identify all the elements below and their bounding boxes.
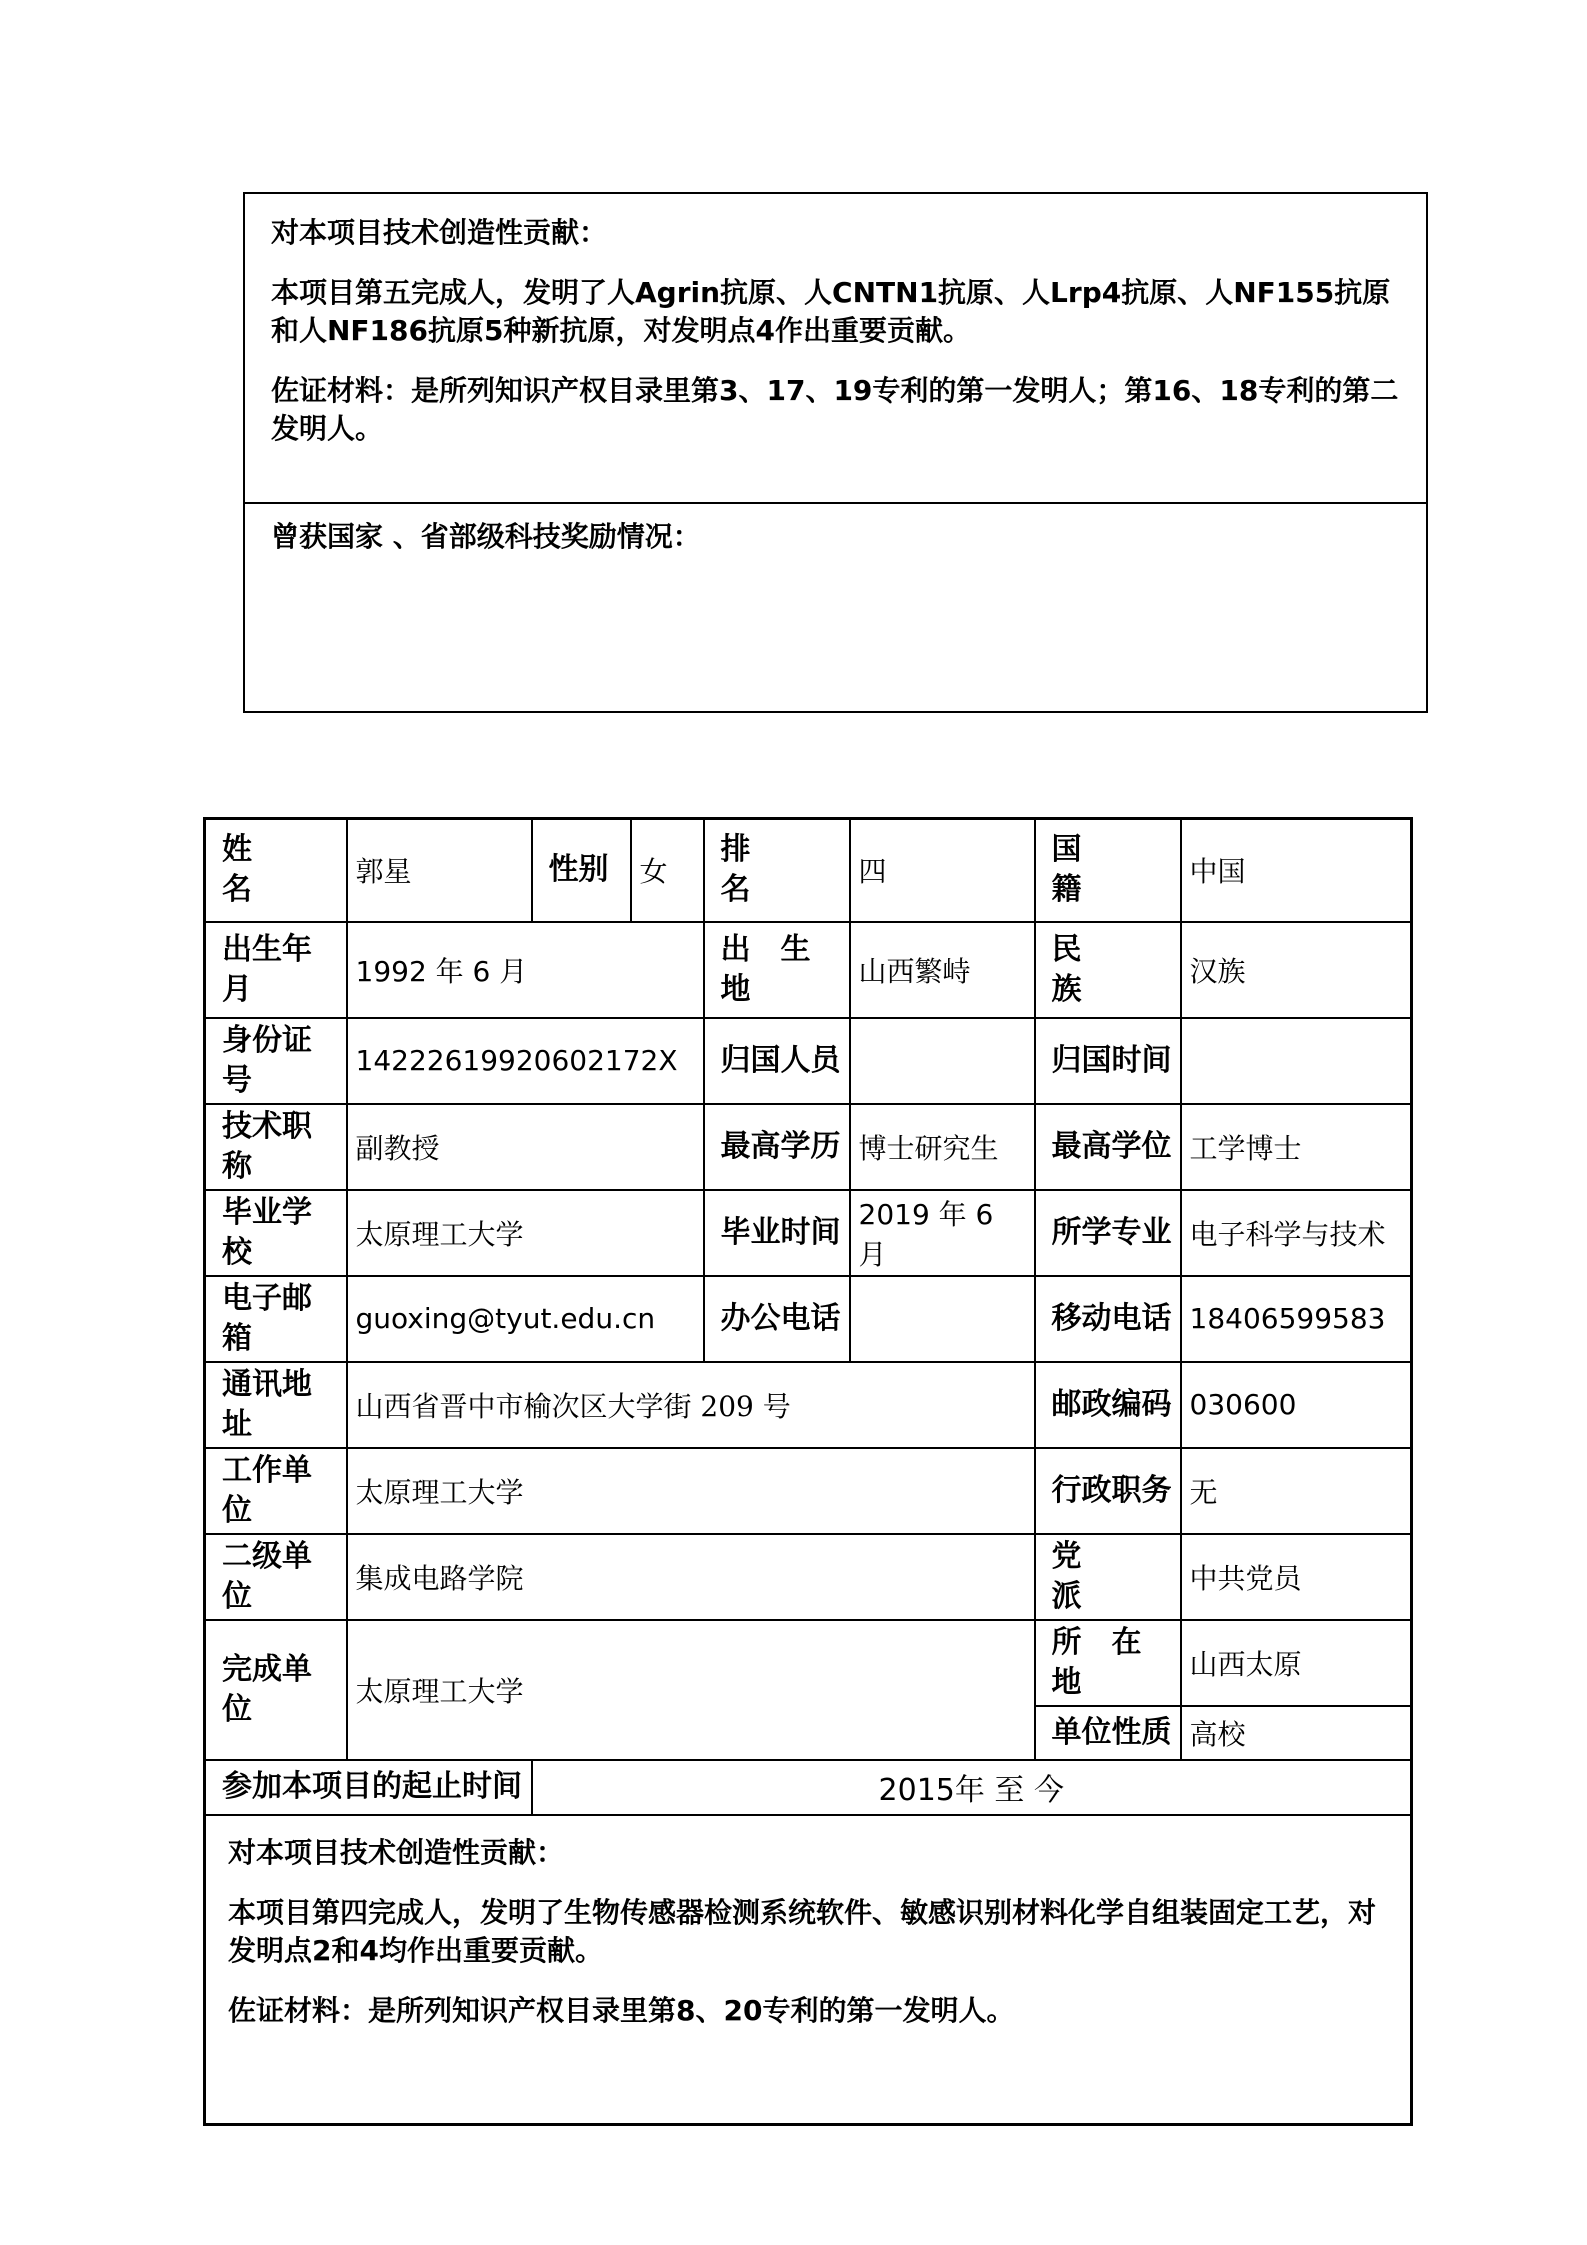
- contribution-awards-box: 对本项目技术创造性贡献： 本项目第五完成人，发明了人Agrin抗原、人CNTN1…: [243, 192, 1428, 713]
- table-row: 姓 名 郭星 性别 女 排 名 四 国 籍 中国: [205, 819, 1412, 922]
- name-label: 姓 名: [205, 819, 347, 922]
- grad-school-value: 太原理工大学: [347, 1190, 704, 1276]
- document-page: 对本项目技术创造性贡献： 本项目第五完成人，发明了人Agrin抗原、人CNTN1…: [0, 0, 1587, 2245]
- email-label: 电子邮箱: [205, 1276, 347, 1362]
- ethnic-value: 汉族: [1181, 922, 1412, 1018]
- awards-section: 曾获国家 、省部级科技奖励情况：: [245, 504, 1426, 570]
- table-row: 出生年月 1992 年 6 月 出 生 地 山西繁峙 民 族 汉族: [205, 922, 1412, 1018]
- table-contribution-cell: 对本项目技术创造性贡献： 本项目第四完成人，发明了生物传感器检测系统软件、敏感识…: [205, 1815, 1412, 2125]
- education-value: 博士研究生: [850, 1104, 1035, 1190]
- education-label: 最高学历: [704, 1104, 850, 1190]
- gender-value: 女: [631, 819, 704, 922]
- tech-title-value: 副教授: [347, 1104, 704, 1190]
- table-row: 完成单位 太原理工大学 所 在 地 山西太原: [205, 1620, 1412, 1706]
- birth-date-label: 出生年月: [205, 922, 347, 1018]
- unit-location-label: 所 在 地: [1035, 1620, 1181, 1706]
- rank-value: 四: [850, 819, 1035, 922]
- table-evidence-paragraph: 佐证材料：是所列知识产权目录里第8、20专利的第一发明人。: [228, 1992, 1388, 2030]
- table-row: 毕业学校 太原理工大学 毕业时间 2019 年 6 月 所学专业 电子科学与技术: [205, 1190, 1412, 1276]
- party-value: 中共党员: [1181, 1534, 1412, 1620]
- office-phone-label: 办公电话: [704, 1276, 850, 1362]
- contribution-section: 对本项目技术创造性贡献： 本项目第五完成人，发明了人Agrin抗原、人CNTN1…: [245, 194, 1426, 504]
- grad-time-label: 毕业时间: [704, 1190, 850, 1276]
- table-row: 身份证号 14222619920602172X 归国人员 归国时间: [205, 1018, 1412, 1104]
- name-value: 郭星: [347, 819, 532, 922]
- work-unit-value: 太原理工大学: [347, 1448, 1035, 1534]
- gender-label: 性别: [532, 819, 631, 922]
- table-row: 通讯地址 山西省晋中市榆次区大学街 209 号 邮政编码 030600: [205, 1362, 1412, 1448]
- office-phone-value: [850, 1276, 1035, 1362]
- id-number-label: 身份证号: [205, 1018, 347, 1104]
- mailing-address-label: 通讯地址: [205, 1362, 347, 1448]
- completion-unit-value: 太原理工大学: [347, 1620, 1035, 1760]
- unit-location-value: 山西太原: [1181, 1620, 1412, 1706]
- nationality-label: 国 籍: [1035, 819, 1181, 922]
- secondary-unit-label: 二级单位: [205, 1534, 347, 1620]
- birth-date-value: 1992 年 6 月: [347, 922, 704, 1018]
- unit-type-value: 高校: [1181, 1706, 1412, 1760]
- table-row: 二级单位 集成电路学院 党 派 中共党员: [205, 1534, 1412, 1620]
- tech-title-label: 技术职称: [205, 1104, 347, 1190]
- party-label: 党 派: [1035, 1534, 1181, 1620]
- table-row: 电子邮箱 guoxing@tyut.edu.cn 办公电话 移动电话 18406…: [205, 1276, 1412, 1362]
- birth-place-value: 山西繁峙: [850, 922, 1035, 1018]
- degree-label: 最高学位: [1035, 1104, 1181, 1190]
- id-number-value: 14222619920602172X: [347, 1018, 704, 1104]
- rank-label: 排 名: [704, 819, 850, 922]
- table-row: 对本项目技术创造性贡献： 本项目第四完成人，发明了生物传感器检测系统软件、敏感识…: [205, 1815, 1412, 2125]
- nationality-value: 中国: [1181, 819, 1412, 922]
- project-duration-label: 参加本项目的起止时间: [205, 1760, 532, 1815]
- admin-duty-label: 行政职务: [1035, 1448, 1181, 1534]
- table-row: 技术职称 副教授 最高学历 博士研究生 最高学位 工学博士: [205, 1104, 1412, 1190]
- major-label: 所学专业: [1035, 1190, 1181, 1276]
- table-row: 工作单位 太原理工大学 行政职务 无: [205, 1448, 1412, 1534]
- unit-type-label: 单位性质: [1035, 1706, 1181, 1760]
- table-contribution-heading: 对本项目技术创造性贡献：: [228, 1834, 1388, 1872]
- secondary-unit-value: 集成电路学院: [347, 1534, 1035, 1620]
- mobile-phone-value: 18406599583: [1181, 1276, 1412, 1362]
- return-time-label: 归国时间: [1035, 1018, 1181, 1104]
- awards-heading: 曾获国家 、省部级科技奖励情况：: [271, 518, 1400, 556]
- project-duration-value: 2015年 至 今: [532, 1760, 1412, 1815]
- table-row: 参加本项目的起止时间 2015年 至 今: [205, 1760, 1412, 1815]
- returnee-value: [850, 1018, 1035, 1104]
- postal-code-value: 030600: [1181, 1362, 1412, 1448]
- degree-value: 工学博士: [1181, 1104, 1412, 1190]
- postal-code-label: 邮政编码: [1035, 1362, 1181, 1448]
- grad-school-label: 毕业学校: [205, 1190, 347, 1276]
- table-contribution-paragraph: 本项目第四完成人，发明了生物传感器检测系统软件、敏感识别材料化学自组装固定工艺，…: [228, 1894, 1388, 1970]
- ethnic-label: 民 族: [1035, 922, 1181, 1018]
- contribution-heading: 对本项目技术创造性贡献：: [271, 214, 1400, 252]
- returnee-label: 归国人员: [704, 1018, 850, 1104]
- birth-place-label: 出 生 地: [704, 922, 850, 1018]
- mobile-phone-label: 移动电话: [1035, 1276, 1181, 1362]
- major-value: 电子科学与技术: [1181, 1190, 1412, 1276]
- person-info-table: 姓 名 郭星 性别 女 排 名 四 国 籍 中国 出生年月 1992 年 6 月…: [203, 817, 1413, 2126]
- admin-duty-value: 无: [1181, 1448, 1412, 1534]
- contribution-paragraph: 本项目第五完成人，发明了人Agrin抗原、人CNTN1抗原、人Lrp4抗原、人N…: [271, 274, 1400, 350]
- email-value: guoxing@tyut.edu.cn: [347, 1276, 704, 1362]
- completion-unit-label: 完成单位: [205, 1620, 347, 1760]
- work-unit-label: 工作单位: [205, 1448, 347, 1534]
- evidence-paragraph: 佐证材料：是所列知识产权目录里第3、17、19专利的第一发明人；第16、18专利…: [271, 372, 1400, 448]
- mailing-address-value: 山西省晋中市榆次区大学街 209 号: [347, 1362, 1035, 1448]
- return-time-value: [1181, 1018, 1412, 1104]
- grad-time-value: 2019 年 6 月: [850, 1190, 1035, 1276]
